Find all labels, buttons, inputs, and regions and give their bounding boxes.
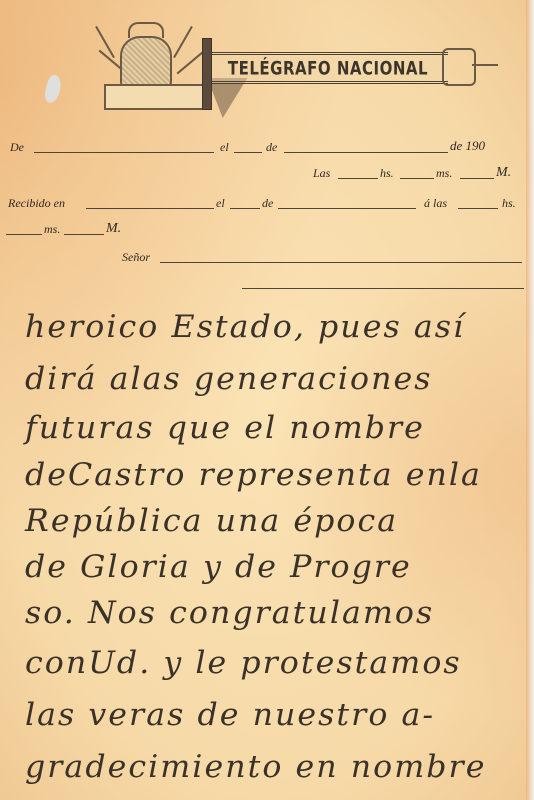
month-label: de — [266, 140, 277, 155]
message-line: deCastro representa enla — [25, 460, 534, 491]
day-label: el — [220, 140, 229, 155]
message-line: heroico Estado, pues así — [25, 312, 534, 343]
received-hours-label: hs. — [502, 196, 516, 211]
received-meridian-field[interactable] — [64, 234, 104, 235]
received-hours-field[interactable] — [458, 208, 498, 209]
received-label: Recibido en — [8, 196, 65, 211]
message-line: República una época — [25, 506, 534, 537]
message-line: so. Nos congratulamos — [25, 598, 534, 629]
received-meridian-label: M. — [106, 221, 121, 237]
message-line: conUd. y le protestamos — [25, 648, 534, 679]
telegram-form: De el de de 190 Las hs. ms. M. Recibido … — [0, 0, 534, 300]
received-month-label: de — [262, 196, 273, 211]
hours-field[interactable] — [338, 178, 378, 179]
message-line: las veras de nuestro a- — [25, 700, 534, 731]
message-line: futuras que el nombre — [25, 413, 534, 444]
recipient-address-field[interactable] — [242, 288, 524, 289]
meridian-field[interactable] — [460, 178, 494, 179]
received-month-field[interactable] — [278, 208, 416, 209]
message-line: gradecimiento en nombre — [25, 752, 534, 783]
message-line: de Gloria y de Progre — [25, 552, 534, 583]
received-place-field[interactable] — [86, 208, 214, 209]
received-day-field[interactable] — [230, 208, 260, 209]
recipient-label: Señor — [122, 250, 150, 265]
from-field[interactable] — [34, 152, 214, 153]
received-day-label: el — [216, 196, 225, 211]
from-label: De — [10, 140, 24, 155]
year-label: de 190 — [450, 138, 485, 154]
meridian-label: M. — [496, 165, 511, 181]
day-field[interactable] — [234, 152, 262, 153]
minutes-label: ms. — [436, 166, 452, 181]
month-field[interactable] — [284, 152, 448, 153]
time-label: Las — [313, 166, 330, 181]
message-line: dirá alas generaciones — [25, 364, 534, 395]
recipient-field[interactable] — [160, 262, 522, 263]
received-minutes-label: ms. — [44, 222, 60, 237]
at-label: á las — [424, 196, 447, 211]
hours-label: hs. — [380, 166, 394, 181]
minutes-field[interactable] — [400, 178, 434, 179]
received-minutes-field[interactable] — [6, 234, 42, 235]
